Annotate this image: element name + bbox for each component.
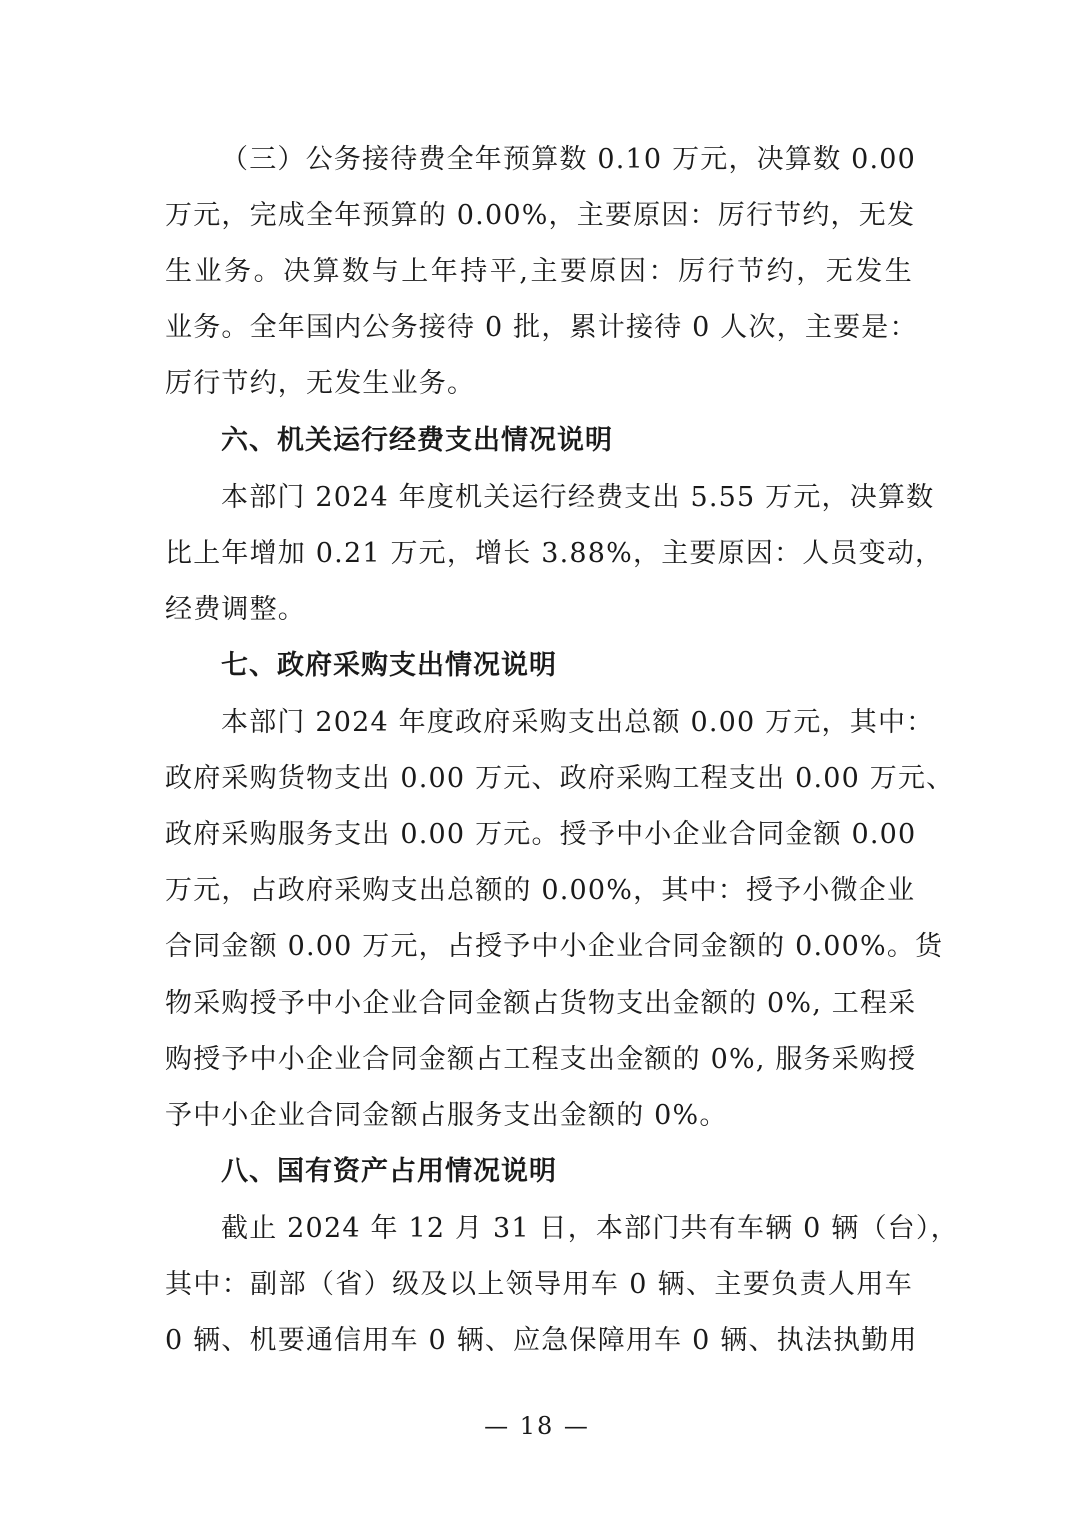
paragraph-line: 厉行节约，无发生业务。 [165,364,913,404]
paragraph-line: 物采购授予中小企业合同金额占货物支出金额的 0%, 工程采 [165,984,913,1024]
paragraph-line: 经费调整。 [165,590,913,630]
paragraph-line: 其中：副部（省）级及以上领导用车 0 辆、主要负责人用车 [165,1265,913,1305]
paragraph-line: 予中小企业合同金额占服务支出金额的 0%。 [165,1096,913,1136]
paragraph-line: 本部门 2024 年度政府采购支出总额 0.00 万元，其中： [221,703,913,743]
paragraph-line: 万元，完成全年预算的 0.00%，主要原因：厉行节约，无发 [165,196,913,236]
paragraph-line: （三）公务接待费全年预算数 0.10 万元，决算数 0.00 [221,140,913,180]
page-number: — 18 — [0,1406,1074,1446]
document-page: （三）公务接待费全年预算数 0.10 万元，决算数 0.00 万元，完成全年预算… [0,0,1074,1520]
paragraph-line: 生业务。决算数与上年持平,主要原因：厉行节约，无发生 [165,252,913,292]
paragraph-line: 政府采购服务支出 0.00 万元。授予中小企业合同金额 0.00 [165,815,913,855]
paragraph-line: 购授予中小企业合同金额占工程支出金额的 0%, 服务采购授 [165,1040,913,1080]
section-heading-state-assets: 八、国有资产占用情况说明 [221,1152,557,1192]
section-heading-government-procurement: 七、政府采购支出情况说明 [221,646,557,686]
paragraph-line: 业务。全年国内公务接待 0 批，累计接待 0 人次，主要是： [165,308,913,348]
paragraph-line: 截止 2024 年 12 月 31 日，本部门共有车辆 0 辆（台）， [221,1209,913,1249]
paragraph-line: 0 辆、机要通信用车 0 辆、应急保障用车 0 辆、执法执勤用 [165,1321,913,1361]
paragraph-line: 万元，占政府采购支出总额的 0.00%，其中：授予小微企业 [165,871,913,911]
paragraph-line: 合同金额 0.00 万元，占授予中小企业合同金额的 0.00%。货 [165,927,913,967]
paragraph-line: 本部门 2024 年度机关运行经费支出 5.55 万元，决算数 [221,478,913,518]
section-heading-administrative-expenses: 六、机关运行经费支出情况说明 [221,421,613,461]
paragraph-line: 政府采购货物支出 0.00 万元、政府采购工程支出 0.00 万元、 [165,759,913,799]
paragraph-line: 比上年增加 0.21 万元，增长 3.88%，主要原因：人员变动， [165,534,913,574]
